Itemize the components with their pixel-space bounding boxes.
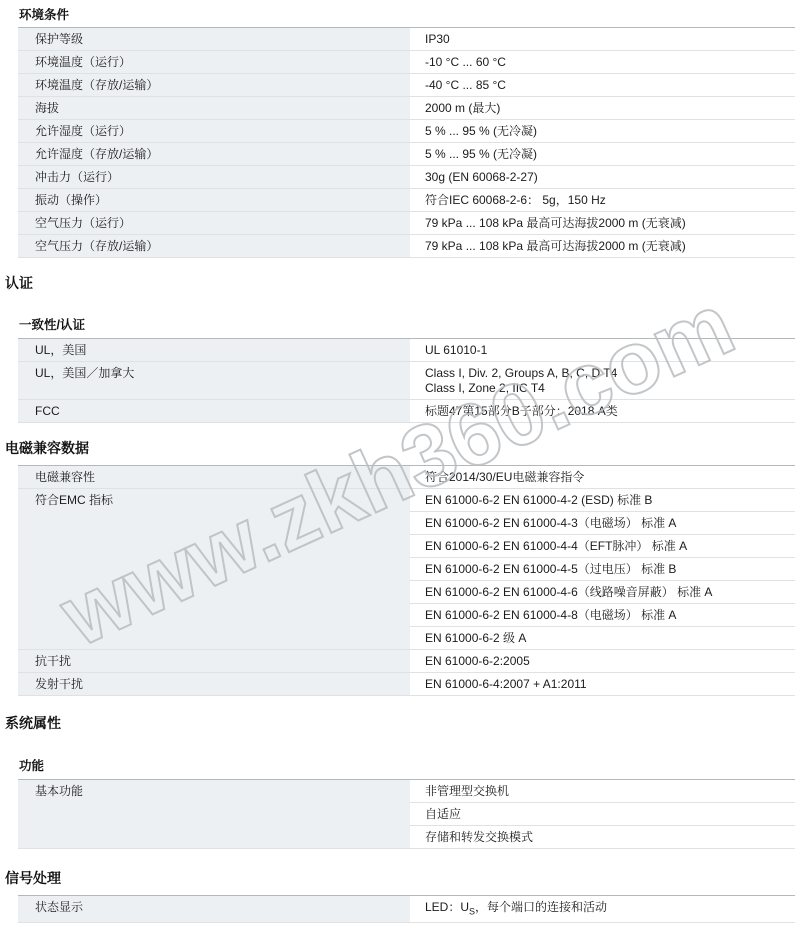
section-title-system: 系统属性: [5, 715, 800, 732]
signal-table: 状态显示 LED：US，每个端口的连接和活动: [18, 895, 795, 923]
subsection-title-conformity: 一致性/认证: [19, 318, 800, 333]
system-table: 基本功能 非管理型交换机 自适应 存储和转发交换模式: [18, 779, 795, 849]
value-text: ，每个端口的连接和活动: [475, 900, 607, 914]
row-label: UL，美国／加拿大: [18, 362, 410, 399]
row-label: 环境温度（运行）: [18, 51, 410, 73]
table-row: 空气压力（存放/运输） 79 kPa ... 108 kPa 最高可达海拔200…: [18, 235, 795, 258]
table-row: 空气压力（运行） 79 kPa ... 108 kPa 最高可达海拔2000 m…: [18, 212, 795, 235]
row-value: -40 °C ... 85 °C: [410, 74, 795, 96]
row-label: 海拔: [18, 97, 410, 119]
row-label: 符合EMC 指标: [18, 489, 410, 649]
row-label: FCC: [18, 400, 410, 422]
table-row: UL，美国 UL 61010-1: [18, 339, 795, 362]
table-row: 发射干扰 EN 61000-6-4:2007 + A1:2011: [18, 673, 795, 696]
emc-table: 电磁兼容性 符合2014/30/EU电磁兼容指令 符合EMC 指标 EN 610…: [18, 465, 795, 696]
spec-content: 环境条件 保护等级 IP30 环境温度（运行） -10 °C ... 60 °C…: [0, 8, 800, 923]
row-label: 空气压力（运行）: [18, 212, 410, 234]
row-value: UL 61010-1: [410, 339, 795, 361]
subsection-title-environment: 环境条件: [19, 8, 800, 23]
table-row: 保护等级 IP30: [18, 28, 795, 51]
section-title-signal: 信号处理: [5, 870, 800, 887]
row-label: 抗干扰: [18, 650, 410, 672]
table-row: 允许湿度（运行） 5 % ... 95 % (无冷凝): [18, 120, 795, 143]
row-value-group: EN 61000-6-2 EN 61000-4-2 (ESD) 标准 B EN …: [410, 489, 795, 649]
value-line: 存储和转发交换模式: [410, 825, 795, 848]
row-value: 符合IEC 60068-2-6： 5g，150 Hz: [410, 189, 795, 211]
table-row: UL，美国／加拿大 Class I, Div. 2, Groups A, B, …: [18, 362, 795, 400]
row-value: EN 61000-6-2:2005: [410, 650, 795, 672]
table-row: 环境温度（存放/运输） -40 °C ... 85 °C: [18, 74, 795, 97]
row-label: 发射干扰: [18, 673, 410, 695]
value-line: EN 61000-6-2 EN 61000-4-3（电磁场） 标准 A: [410, 511, 795, 534]
table-row: 允许湿度（存放/运输） 5 % ... 95 % (无冷凝): [18, 143, 795, 166]
table-row-group: 符合EMC 指标 EN 61000-6-2 EN 61000-4-2 (ESD)…: [18, 489, 795, 650]
value-line: 自适应: [410, 802, 795, 825]
row-value: 符合2014/30/EU电磁兼容指令: [410, 466, 795, 488]
value-line: EN 61000-6-2 级 A: [410, 626, 795, 649]
row-value: -10 °C ... 60 °C: [410, 51, 795, 73]
row-label: 状态显示: [18, 896, 410, 922]
row-value: EN 61000-6-4:2007 + A1:2011: [410, 673, 795, 695]
spec-page: 环境条件 保护等级 IP30 环境温度（运行） -10 °C ... 60 °C…: [0, 8, 800, 936]
value-line: EN 61000-6-2 EN 61000-4-6（线路噪音屏蔽） 标准 A: [410, 580, 795, 603]
row-label: 空气压力（存放/运输）: [18, 235, 410, 257]
value-line: Class I, Div. 2, Groups A, B, C, D T4: [425, 366, 787, 381]
row-value: 79 kPa ... 108 kPa 最高可达海拔2000 m (无衰减): [410, 212, 795, 234]
row-value: IP30: [410, 28, 795, 50]
section-title-emc: 电磁兼容数据: [5, 440, 800, 457]
row-label: 允许湿度（存放/运输）: [18, 143, 410, 165]
row-label: 冲击力（运行）: [18, 166, 410, 188]
value-line: EN 61000-6-2 EN 61000-4-8（电磁场） 标准 A: [410, 603, 795, 626]
row-value: 标题47第15部分B子部分：2018 A类: [410, 400, 795, 422]
table-row: 抗干扰 EN 61000-6-2:2005: [18, 650, 795, 673]
row-value: 5 % ... 95 % (无冷凝): [410, 143, 795, 165]
row-label: 电磁兼容性: [18, 466, 410, 488]
table-row: 海拔 2000 m (最大): [18, 97, 795, 120]
row-label: 保护等级: [18, 28, 410, 50]
table-row: 状态显示 LED：US，每个端口的连接和活动: [18, 896, 795, 923]
row-value: Class I, Div. 2, Groups A, B, C, D T4 Cl…: [410, 362, 795, 399]
row-label: 振动（操作）: [18, 189, 410, 211]
row-label: UL，美国: [18, 339, 410, 361]
value-line: Class I, Zone 2, IIC T4: [425, 381, 787, 396]
row-label: 允许湿度（运行）: [18, 120, 410, 142]
row-label: 环境温度（存放/运输）: [18, 74, 410, 96]
table-row: 振动（操作） 符合IEC 60068-2-6： 5g，150 Hz: [18, 189, 795, 212]
table-row: FCC 标题47第15部分B子部分：2018 A类: [18, 400, 795, 423]
table-row: 冲击力（运行） 30g (EN 60068-2-27): [18, 166, 795, 189]
environment-table: 保护等级 IP30 环境温度（运行） -10 °C ... 60 °C 环境温度…: [18, 27, 795, 258]
table-row-group: 基本功能 非管理型交换机 自适应 存储和转发交换模式: [18, 780, 795, 849]
value-text: LED：U: [425, 900, 469, 914]
row-value: 2000 m (最大): [410, 97, 795, 119]
subsection-title-functions: 功能: [19, 759, 800, 774]
value-line: EN 61000-6-2 EN 61000-4-2 (ESD) 标准 B: [410, 489, 795, 511]
value-line: 非管理型交换机: [410, 780, 795, 802]
row-value: 5 % ... 95 % (无冷凝): [410, 120, 795, 142]
certification-table: UL，美国 UL 61010-1 UL，美国／加拿大 Class I, Div.…: [18, 338, 795, 423]
row-value: LED：US，每个端口的连接和活动: [410, 896, 795, 922]
table-row: 环境温度（运行） -10 °C ... 60 °C: [18, 51, 795, 74]
row-value: 79 kPa ... 108 kPa 最高可达海拔2000 m (无衰减): [410, 235, 795, 257]
value-line: EN 61000-6-2 EN 61000-4-5（过电压） 标准 B: [410, 557, 795, 580]
value-line: EN 61000-6-2 EN 61000-4-4（EFT脉冲） 标准 A: [410, 534, 795, 557]
row-value: 30g (EN 60068-2-27): [410, 166, 795, 188]
section-title-certification: 认证: [5, 275, 800, 292]
row-label: 基本功能: [18, 780, 410, 848]
row-value-group: 非管理型交换机 自适应 存储和转发交换模式: [410, 780, 795, 848]
table-row: 电磁兼容性 符合2014/30/EU电磁兼容指令: [18, 466, 795, 489]
